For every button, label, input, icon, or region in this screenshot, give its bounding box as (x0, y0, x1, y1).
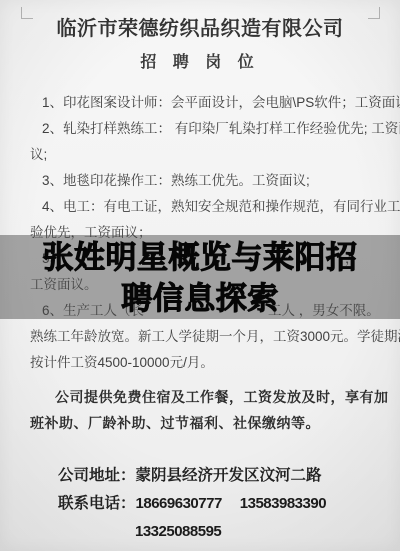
address-line: 公司地址：蒙阴县经济开发区汶河二路 (58, 462, 370, 490)
address-label: 公司地址： (58, 467, 136, 484)
phone-number-1: 18669630777 (136, 495, 222, 512)
job-item-6-wrap-1: 熟练工年龄放宽。新工人学徒期一个月，工资3000元。学徒期满后 (30, 324, 370, 350)
recruit-heading: 招 聘 岗 位 (30, 50, 370, 76)
phone-number-3: 13325088595 (135, 523, 221, 540)
job-item-2: 2、轧染打样熟练工： 有印染厂轧染打样工作经验优先; 工资面 (30, 116, 370, 142)
benefits-line-1: 公司提供免费住宿及工作餐，工资发放及时，享有加 (30, 384, 370, 410)
job-item-1: 1、印花图案设计师：会平面设计，会电脑\PS软件；工资面议； (30, 90, 370, 116)
caption-overlay: 张姓明星概览与莱阳招 聘信息探索 (0, 235, 400, 319)
job-item-6-wrap-2: 按计件工资4500-10000元/月。 (30, 350, 370, 376)
benefits-line-2: 班补助、厂龄补助、过节福利、社保缴纳等。 (30, 410, 370, 436)
caption-title-line-2: 聘信息探索 (0, 278, 400, 319)
benefits-paragraph: 公司提供免费住宿及工作餐，工资发放及时，享有加 班补助、厂龄补助、过节福利、社保… (30, 384, 370, 436)
job-list: 1、印花图案设计师：会平面设计，会电脑\PS软件；工资面议； 2、轧染打样熟练工… (30, 90, 370, 376)
job-item-3: 3、地毯印花操作工：熟练工优先。工资面议; (30, 168, 370, 194)
caption-title: 张姓明星概览与莱阳招 聘信息探索 (0, 235, 400, 319)
address-value: 蒙阴县经济开发区汶河二路 (136, 467, 322, 484)
phone-number-2: 13583983390 (240, 495, 326, 512)
phone-label: 联系电话： (58, 495, 136, 512)
job-item-4: 4、电工：有电工证，熟知安全规范和操作规范，有同行业工作经 (30, 194, 370, 220)
company-title: 临沂市荣德纺织品织造有限公司 (30, 14, 370, 44)
contact-section: 公司地址：蒙阴县经济开发区汶河二路 联系电话：18669630777135839… (30, 462, 370, 546)
caption-title-line-1: 张姓明星概览与莱阳招 (0, 237, 400, 278)
phone-line-2: 13325088595 (58, 518, 370, 546)
job-item-2-wrap: 议; (30, 142, 370, 168)
phone-line: 联系电话：1866963077713583983390 (58, 490, 370, 518)
job-poster-photo: 临沂市荣德纺织品织造有限公司 招 聘 岗 位 1、印花图案设计师：会平面设计，会… (0, 0, 400, 551)
